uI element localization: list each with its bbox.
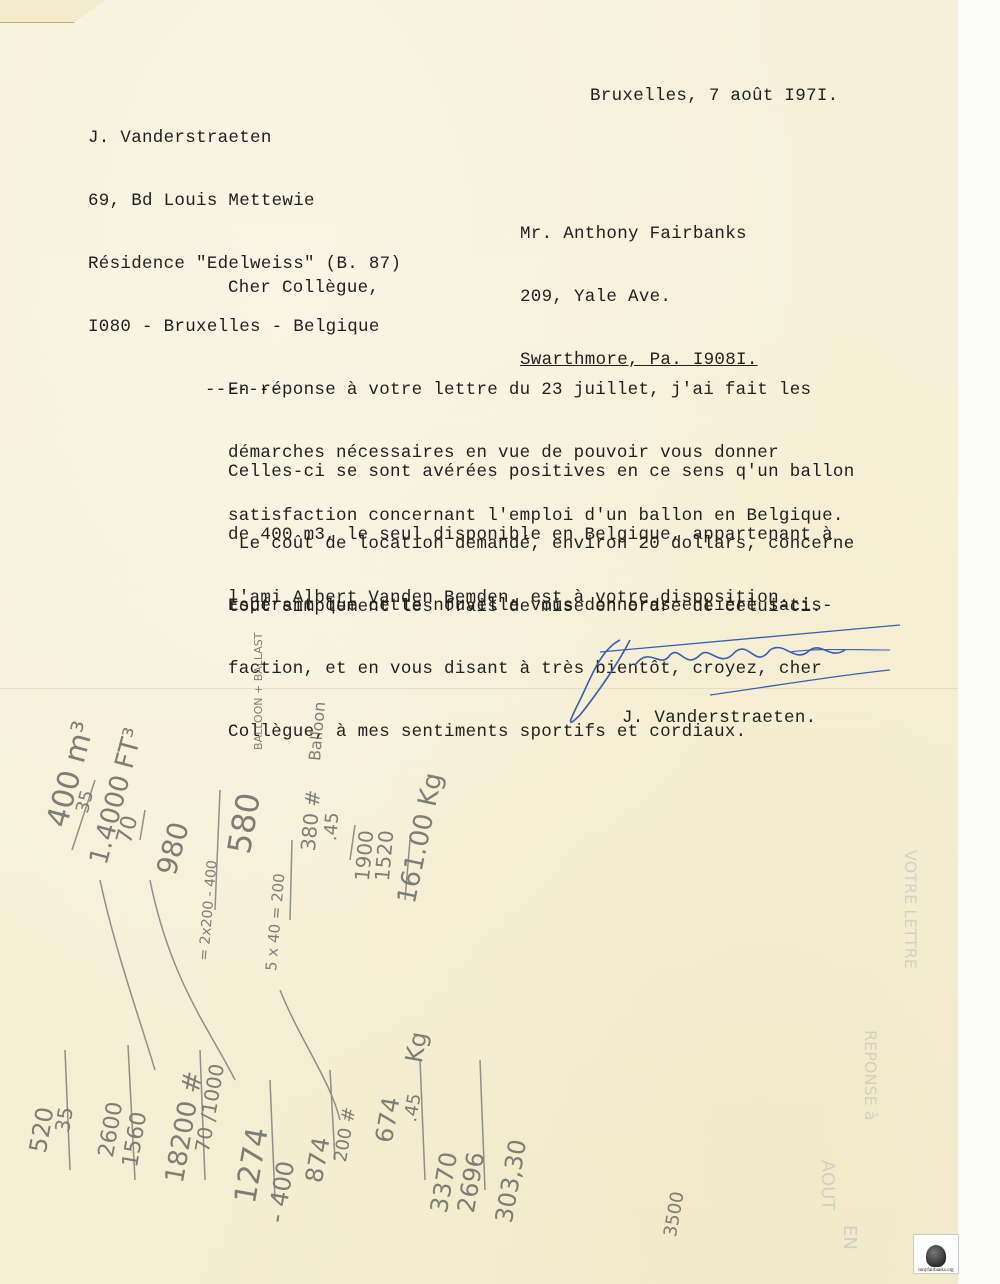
bleed-through-text: REPONSE à — [861, 1030, 880, 1121]
bleed-through-text: EN — [839, 1225, 860, 1250]
folded-corner — [0, 0, 105, 23]
sender-address-line: I080 - Bruxelles - Belgique — [88, 317, 401, 338]
place-date: Bruxelles, 7 août I97I. — [590, 86, 838, 107]
watermark-text: tonyfairbanks.org — [918, 1268, 953, 1273]
body-line: Celles-ci se sont avérées positives en c… — [228, 462, 855, 483]
sender-name: J. Vanderstraeten — [88, 128, 401, 149]
pencil-strokes — [0, 700, 958, 1284]
recipient-street: 209, Yale Ave. — [520, 287, 758, 308]
body-line: En réponse à votre lettre du 23 juillet,… — [228, 380, 844, 401]
letter-paper: J. Vanderstraeten 69, Bd Louis Mettewie … — [0, 0, 958, 1284]
sender-address-line: 69, Bd Louis Mettewie — [88, 191, 401, 212]
body-line: Le coût de location demandé, environ 20 … — [228, 534, 855, 555]
body-line: Espérant que cette nouvelle vous donnera… — [228, 596, 833, 617]
bleed-through-text: VOTRE LETTRE — [901, 850, 920, 969]
recipient-name: Mr. Anthony Fairbanks — [520, 224, 758, 245]
balloon-icon — [926, 1245, 946, 1267]
bleed-through-text: AOUT — [817, 1160, 838, 1210]
salutation: Cher Collègue, — [228, 278, 379, 299]
tonyfairbanks-logo: tonyfairbanks.org — [913, 1234, 959, 1274]
sender-address-line: Résidence "Edelweiss" (B. 87) — [88, 254, 401, 275]
